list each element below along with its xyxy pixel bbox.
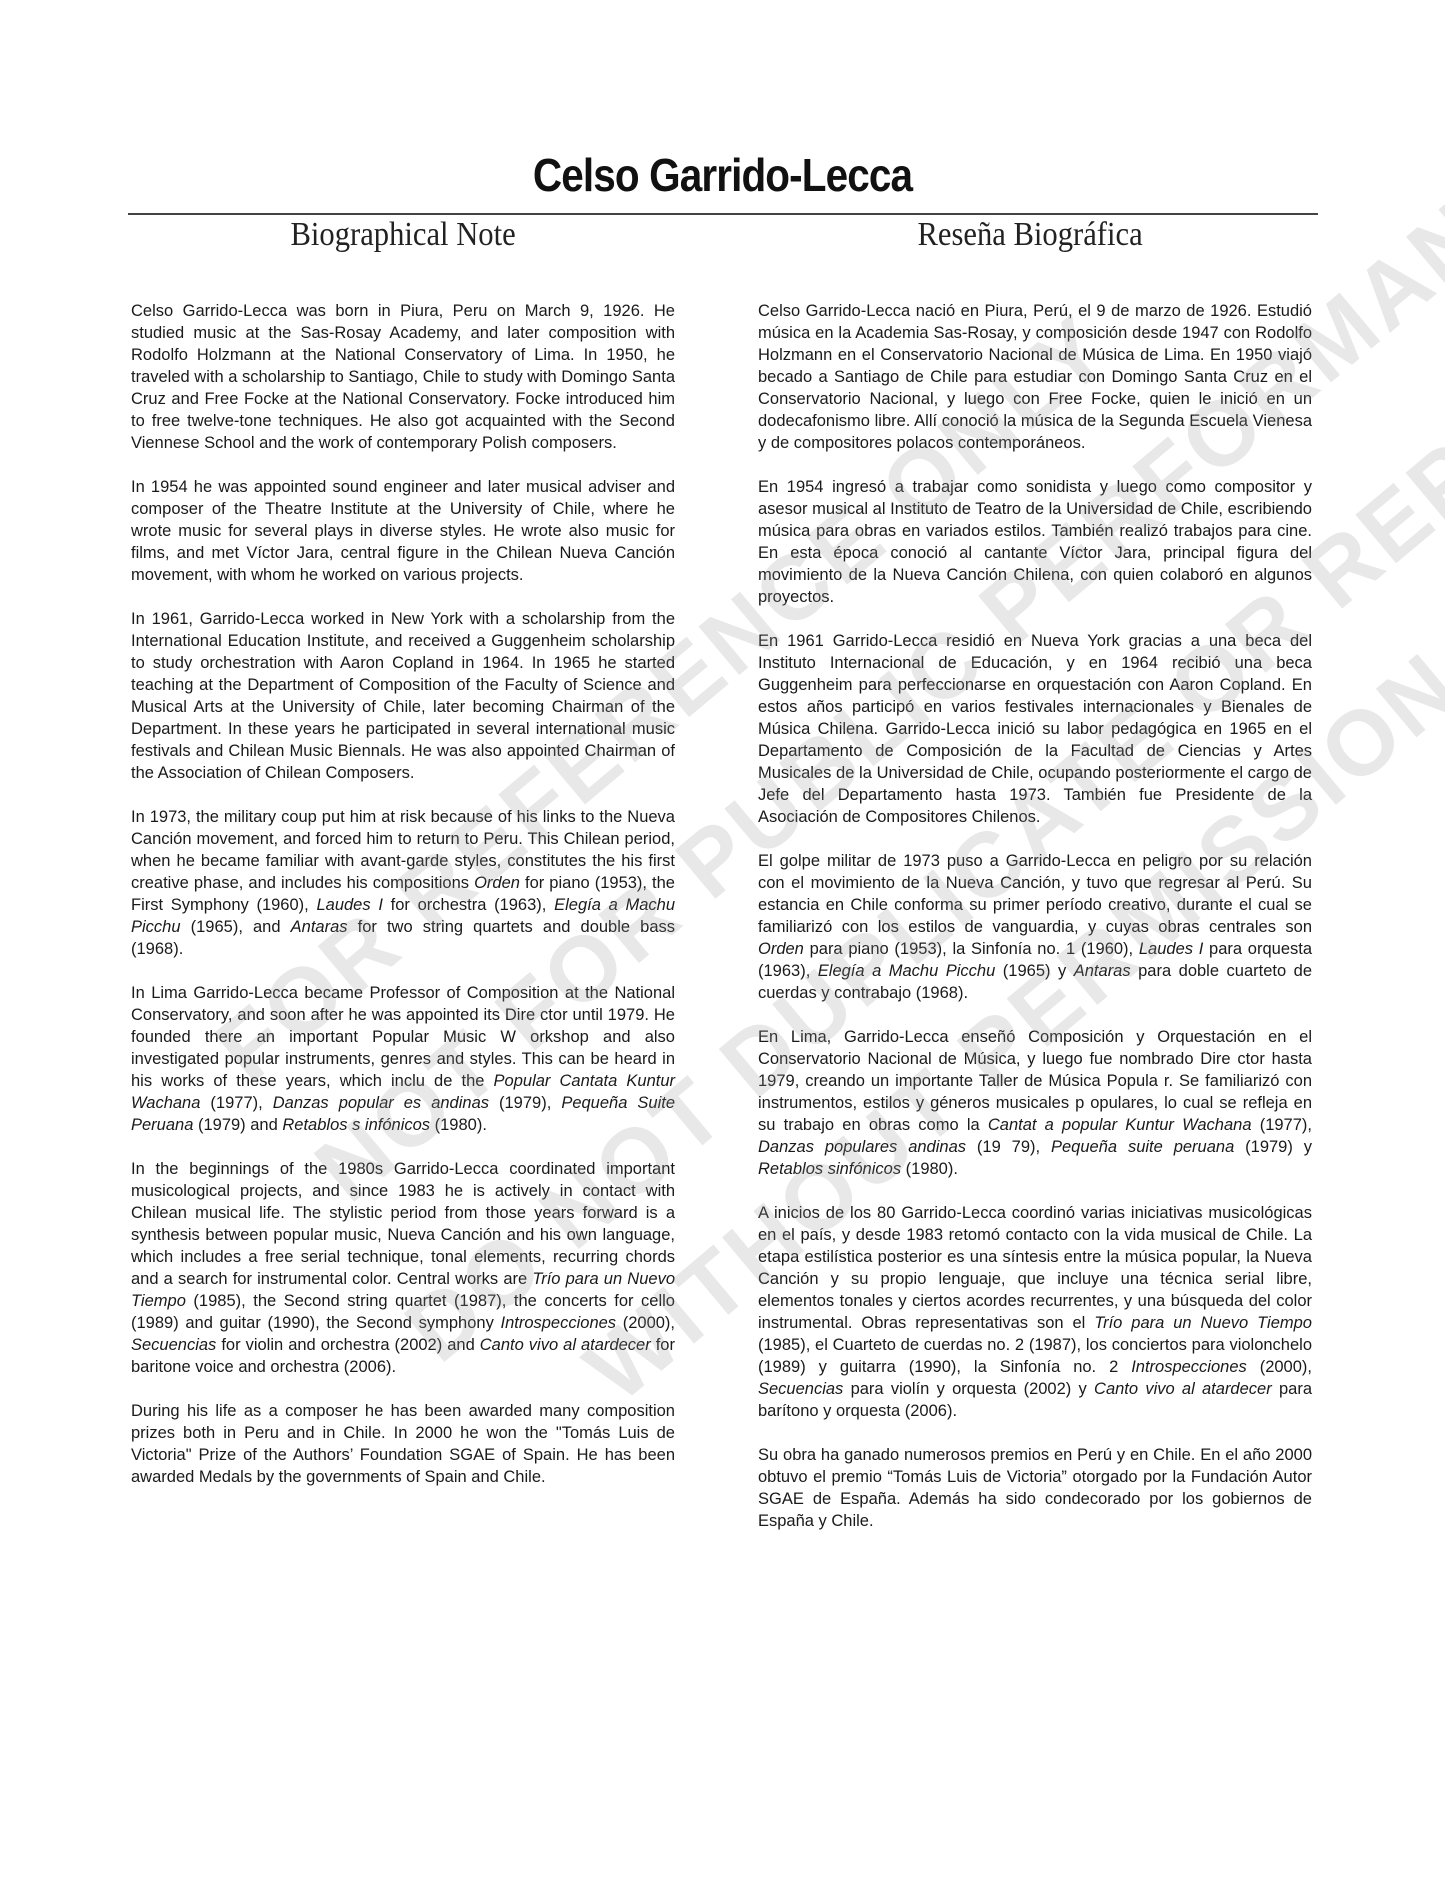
text-run: (1965) y xyxy=(995,962,1073,980)
work-title: Danzas populares andinas xyxy=(758,1138,966,1156)
text-run: A inicios de los 80 Garrido-Lecca coordi… xyxy=(758,1204,1312,1332)
text-run: Su obra ha ganado numerosos premios en P… xyxy=(758,1446,1312,1530)
paragraph: In the beginnings of the 1980s Garrido-L… xyxy=(131,1158,675,1378)
paragraph: En 1954 ingresó a trabajar como sonidist… xyxy=(758,476,1312,608)
paragraph: En Lima, Garrido-Lecca enseñó Composició… xyxy=(758,1026,1312,1180)
page-title: Celso Garrido-Lecca xyxy=(87,148,1359,202)
work-title: Retablos sinfónicos xyxy=(758,1160,901,1178)
paragraph: During his life as a composer he has bee… xyxy=(131,1400,675,1488)
work-title: Pequeña suite peruana xyxy=(1051,1138,1234,1156)
text-run: Celso Garrido-Lecca nació en Piura, Perú… xyxy=(758,302,1312,452)
paragraph: El golpe militar de 1973 puso a Garrido-… xyxy=(758,850,1312,1004)
text-run: En 1954 ingresó a trabajar como sonidist… xyxy=(758,478,1312,606)
text-run: (1980). xyxy=(901,1160,958,1178)
paragraph: Celso Garrido-Lecca nació en Piura, Perú… xyxy=(758,300,1312,454)
work-title: Canto vivo al atardecer xyxy=(480,1336,651,1354)
work-title: Secuencias xyxy=(758,1380,843,1398)
work-title: Antaras xyxy=(291,918,348,936)
work-title: Secuencias xyxy=(131,1336,216,1354)
text-run: (1965), and xyxy=(181,918,291,936)
work-title: Introspecciones xyxy=(500,1314,616,1332)
work-title: Laudes I xyxy=(1139,940,1203,958)
work-title: Laudes I xyxy=(316,896,382,914)
text-run: (1977), xyxy=(1252,1116,1312,1134)
text-run: (1979) and xyxy=(193,1116,282,1134)
paragraph: Celso Garrido-Lecca was born in Piura, P… xyxy=(131,300,675,454)
text-run: In the beginnings of the 1980s Garrido-L… xyxy=(131,1160,675,1288)
text-run: In 1961, Garrido-Lecca worked in New Yor… xyxy=(131,610,675,782)
work-title: Canto vivo al atardecer xyxy=(1094,1380,1272,1398)
work-title: Orden xyxy=(758,940,804,958)
paragraph: In 1954 he was appointed sound engineer … xyxy=(131,476,675,586)
text-run: (1979), xyxy=(489,1094,561,1112)
work-title: Elegía a Machu Picchu xyxy=(818,962,996,980)
work-title: Antaras xyxy=(1074,962,1131,980)
text-run: During his life as a composer he has bee… xyxy=(131,1402,675,1486)
text-run: (2000), xyxy=(616,1314,675,1332)
work-title: Orden xyxy=(474,874,520,892)
work-title: Danzas popular es andinas xyxy=(273,1094,489,1112)
spanish-column: Celso Garrido-Lecca nació en Piura, Perú… xyxy=(758,300,1312,1554)
paragraph: En 1961 Garrido-Lecca residió en Nueva Y… xyxy=(758,630,1312,828)
work-title: Trío para un Nuevo Tiempo xyxy=(1094,1314,1312,1332)
text-run: (1980). xyxy=(430,1116,487,1134)
paragraph: In Lima Garrido-Lecca became Professor o… xyxy=(131,982,675,1136)
text-run: (2000), xyxy=(1247,1358,1312,1376)
text-run: para piano (1953), la Sinfonía no. 1 (19… xyxy=(804,940,1139,958)
title-divider xyxy=(128,213,1318,215)
text-run: Celso Garrido-Lecca was born in Piura, P… xyxy=(131,302,675,452)
text-run: El golpe militar de 1973 puso a Garrido-… xyxy=(758,852,1312,936)
english-column: Celso Garrido-Lecca was born in Piura, P… xyxy=(131,300,675,1510)
paragraph: A inicios de los 80 Garrido-Lecca coordi… xyxy=(758,1202,1312,1422)
text-run: for orchestra (1963), xyxy=(383,896,554,914)
paragraph: In 1961, Garrido-Lecca worked in New Yor… xyxy=(131,608,675,784)
work-title: Retablos s infónicos xyxy=(282,1116,430,1134)
text-run: for violin and orchestra (2002) and xyxy=(216,1336,479,1354)
text-run: En 1961 Garrido-Lecca residió en Nueva Y… xyxy=(758,632,1312,826)
text-run: para violín y orquesta (2002) y xyxy=(843,1380,1094,1398)
section-heading-spanish: Reseña Biográfica xyxy=(918,216,1143,254)
work-title: Cantat a popular Kuntur Wachana xyxy=(988,1116,1252,1134)
document-page: Celso Garrido-Lecca Biographical Note Re… xyxy=(0,0,1445,1879)
work-title: Introspecciones xyxy=(1131,1358,1247,1376)
text-run: (19 79), xyxy=(966,1138,1051,1156)
text-run: (1977), xyxy=(200,1094,272,1112)
text-run: (1979) y xyxy=(1234,1138,1312,1156)
paragraph: Su obra ha ganado numerosos premios en P… xyxy=(758,1444,1312,1532)
paragraph: In 1973, the military coup put him at ri… xyxy=(131,806,675,960)
text-run: In 1954 he was appointed sound engineer … xyxy=(131,478,675,584)
section-heading-english: Biographical Note xyxy=(291,216,516,254)
